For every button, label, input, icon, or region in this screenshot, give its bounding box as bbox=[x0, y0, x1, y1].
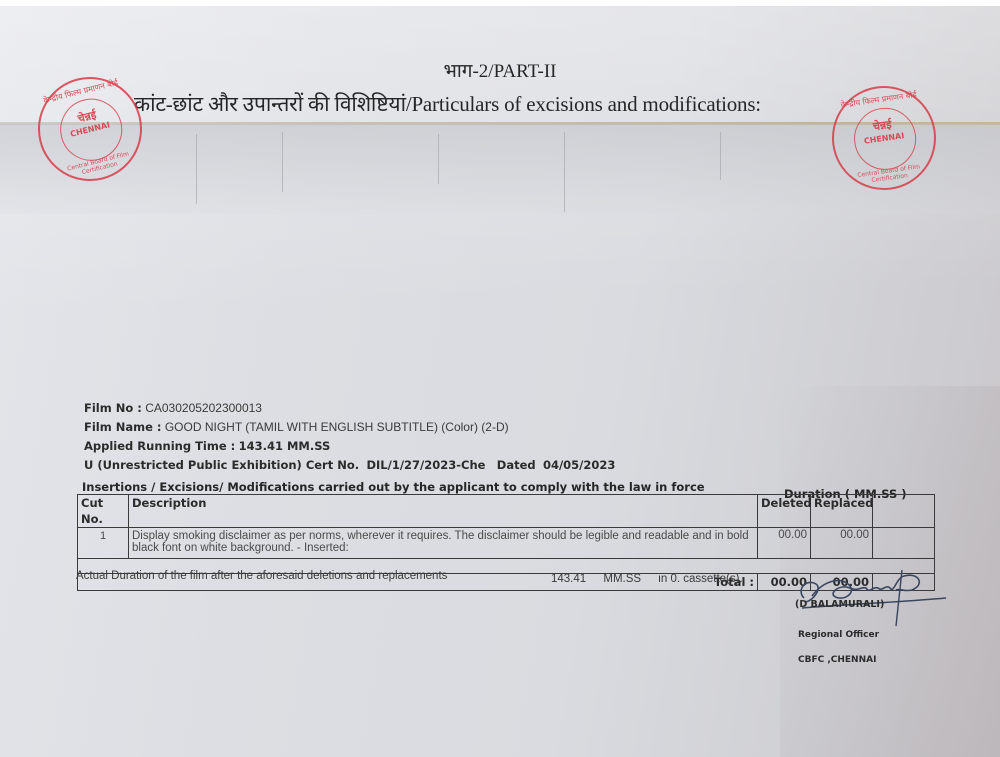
actual-duration-value: 143.41 MM.SS in 0. cassette(s). bbox=[551, 573, 757, 585]
paper-crease bbox=[720, 132, 721, 180]
actual-duration-unit: MM.SS bbox=[603, 573, 641, 585]
actual-duration-number: 143.41 bbox=[551, 573, 586, 585]
film-no-value: CA030205202300013 bbox=[145, 401, 262, 415]
film-name-label: Film Name : bbox=[84, 420, 162, 434]
cut-deleted: 00.00 bbox=[758, 528, 811, 559]
column-header-cut-no: Cut No. bbox=[78, 495, 129, 528]
cassettes-text: in 0. cassette(s). bbox=[658, 573, 742, 585]
column-header-blank bbox=[873, 495, 935, 528]
particulars-title: कांट-छांट और उपान्तरों की विशिष्टियां/Pa… bbox=[134, 90, 761, 118]
certificate-field: U (Unrestricted Public Exhibition) Cert … bbox=[84, 458, 615, 472]
dated-label: Dated bbox=[497, 458, 536, 472]
part-title: भाग-2/PART-II bbox=[0, 57, 1000, 83]
cut-blank bbox=[873, 528, 935, 559]
column-header-deleted: Deleted bbox=[758, 495, 811, 528]
signatory-name: (D BALAMURALI) bbox=[795, 599, 884, 610]
table-row: 1 Display smoking disclaimer as per norm… bbox=[78, 528, 935, 559]
running-time-value: 143.41 MM.SS bbox=[239, 439, 331, 453]
insertions-heading: Insertions / Excisions/ Modifications ca… bbox=[82, 480, 705, 494]
running-time-label: Applied Running Time : bbox=[84, 439, 235, 453]
signatory-title: Regional Officer bbox=[798, 630, 879, 640]
cut-description: Display smoking disclaimer as per norms,… bbox=[129, 528, 758, 559]
certificate-label: U (Unrestricted Public Exhibition) Cert … bbox=[84, 458, 359, 472]
film-name-field: Film Name : GOOD NIGHT (TAMIL WITH ENGLI… bbox=[84, 420, 509, 434]
paper-crease bbox=[438, 134, 439, 184]
column-header-replaced: Replaced bbox=[811, 495, 873, 528]
column-header-description: Description bbox=[129, 495, 758, 528]
film-name-value: GOOD NIGHT (TAMIL WITH ENGLISH SUBTITLE)… bbox=[165, 420, 509, 434]
signature bbox=[792, 568, 952, 628]
film-no-field: Film No : CA030205202300013 bbox=[84, 401, 262, 415]
signatory-office: CBFC ,CHENNAI bbox=[798, 655, 876, 665]
cut-number: 1 bbox=[78, 528, 129, 559]
actual-duration-label: Actual Duration of the film after the af… bbox=[76, 570, 447, 582]
film-no-label: Film No : bbox=[84, 401, 142, 415]
table-header-row: Cut No. Description Deleted Replaced bbox=[78, 495, 935, 528]
paper-crease bbox=[282, 132, 283, 192]
paper-crease bbox=[196, 134, 197, 204]
running-time-field: Applied Running Time : 143.41 MM.SS bbox=[84, 439, 330, 453]
certificate-number: DIL/1/27/2023-Che bbox=[366, 458, 485, 472]
paper-crease bbox=[564, 132, 565, 212]
certificate-date: 04/05/2023 bbox=[543, 458, 615, 472]
cut-replaced: 00.00 bbox=[811, 528, 873, 559]
